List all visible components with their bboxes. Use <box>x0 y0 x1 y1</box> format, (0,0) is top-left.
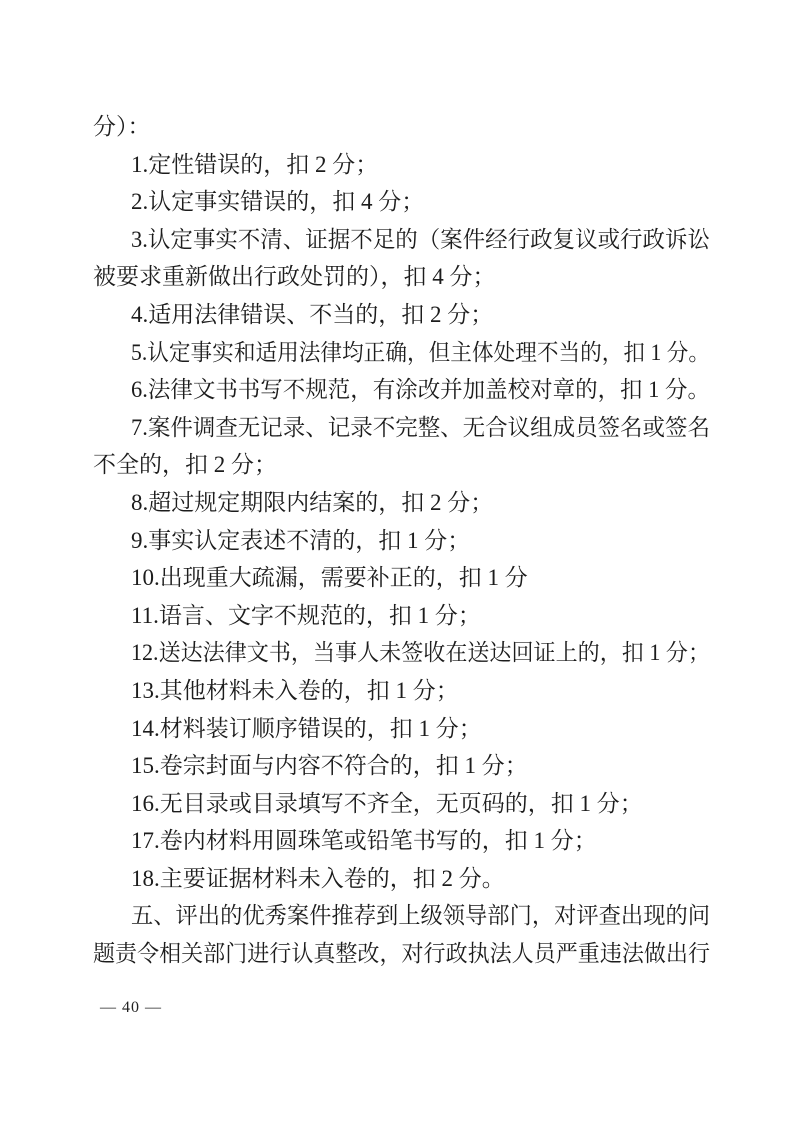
text-line: 18.主要证据材料未入卷的，扣 2 分。 <box>93 860 710 898</box>
text-line-content: 不全的，扣 2 分； <box>93 446 277 484</box>
text-line-content: 15.卷宗封面与内容不符合的，扣 1 分； <box>131 747 528 785</box>
document-page: 分）：1.定性错误的，扣 2 分；2.认定事实错误的，扣 4 分；3.认定事实不… <box>0 0 793 1122</box>
text-line: 8.超过规定期限内结案的，扣 2 分； <box>93 484 710 522</box>
text-line: 5.认定事实和适用法律均正确，但主体处理不当的，扣 1 分。 <box>93 334 710 372</box>
text-line: 16.无目录或目录填写不齐全，无页码的，扣 1 分； <box>93 785 710 823</box>
text-line-content: 五、评出的优秀案件推荐到上级领导部门，对评查出现的问 <box>131 897 710 935</box>
text-line: 2.认定事实错误的，扣 4 分； <box>93 183 710 221</box>
text-line: 12.送达法律文书，当事人未签收在送达回证上的，扣 1 分； <box>93 634 710 672</box>
text-line: 分）： <box>93 108 710 146</box>
text-line-content: 10.出现重大疏漏，需要补正的，扣 1 分 <box>131 559 528 597</box>
text-line: 题责令相关部门进行认真整改，对行政执法人员严重违法做出行 <box>93 935 710 973</box>
text-line: 9.事实认定表述不清的，扣 1 分； <box>93 522 710 560</box>
text-line: 6.法律文书书写不规范，有涂改并加盖校对章的，扣 1 分。 <box>93 371 710 409</box>
text-line-content: 分）： <box>93 108 151 146</box>
text-line-content: 17.卷内材料用圆珠笔或铅笔书写的，扣 1 分； <box>131 822 597 860</box>
text-line-content: 14.材料装订顺序错误的，扣 1 分； <box>131 710 482 748</box>
text-line: 4.适用法律错误、不当的，扣 2 分； <box>93 296 710 334</box>
text-line-content: 4.适用法律错误、不当的，扣 2 分； <box>131 296 493 334</box>
text-line-content: 5.认定事实和适用法律均正确，但主体处理不当的，扣 1 分。 <box>131 334 710 372</box>
text-line-content: 9.事实认定表述不清的，扣 1 分； <box>131 522 470 560</box>
text-line-content: 8.超过规定期限内结案的，扣 2 分； <box>131 484 493 522</box>
text-line-content: 1.定性错误的，扣 2 分； <box>131 146 378 184</box>
text-line-content: 题责令相关部门进行认真整改，对行政执法人员严重违法做出行 <box>93 935 710 973</box>
text-line: 13.其他材料未入卷的，扣 1 分； <box>93 672 710 710</box>
text-line-content: 13.其他材料未入卷的，扣 1 分； <box>131 672 459 710</box>
text-line: 10.出现重大疏漏，需要补正的，扣 1 分 <box>93 559 710 597</box>
text-line-content: 3.认定事实不清、证据不足的（案件经行政复议或行政诉讼 <box>131 221 710 259</box>
text-line: 15.卷宗封面与内容不符合的，扣 1 分； <box>93 747 710 785</box>
text-line-content: 6.法律文书书写不规范，有涂改并加盖校对章的，扣 1 分。 <box>131 371 710 409</box>
text-line: 五、评出的优秀案件推荐到上级领导部门，对评查出现的问 <box>93 897 710 935</box>
text-line-content: 7.案件调查无记录、记录不完整、无合议组成员签名或签名 <box>131 409 710 447</box>
document-body: 分）：1.定性错误的，扣 2 分；2.认定事实错误的，扣 4 分；3.认定事实不… <box>93 108 710 973</box>
text-line-content: 16.无目录或目录填写不齐全，无页码的，扣 1 分； <box>131 785 643 823</box>
text-line-content: 18.主要证据材料未入卷的，扣 2 分。 <box>131 860 505 898</box>
text-line: 3.认定事实不清、证据不足的（案件经行政复议或行政诉讼 <box>93 221 710 259</box>
text-line: 7.案件调查无记录、记录不完整、无合议组成员签名或签名 <box>93 409 710 447</box>
text-line: 14.材料装订顺序错误的，扣 1 分； <box>93 710 710 748</box>
text-line-content: 11.语言、文字不规范的，扣 1 分； <box>131 597 481 635</box>
text-line-content: 2.认定事实错误的，扣 4 分； <box>131 183 424 221</box>
text-line: 11.语言、文字不规范的，扣 1 分； <box>93 597 710 635</box>
text-line-content: 12.送达法律文书，当事人未签收在送达回证上的，扣 1 分； <box>131 634 710 672</box>
page-number: — 40 — <box>100 999 162 1017</box>
text-line: 被要求重新做出行政处罚的），扣 4 分； <box>93 258 710 296</box>
text-line: 1.定性错误的，扣 2 分； <box>93 146 710 184</box>
text-line: 不全的，扣 2 分； <box>93 446 710 484</box>
text-line: 17.卷内材料用圆珠笔或铅笔书写的，扣 1 分； <box>93 822 710 860</box>
text-line-content: 被要求重新做出行政处罚的），扣 4 分； <box>93 258 496 296</box>
